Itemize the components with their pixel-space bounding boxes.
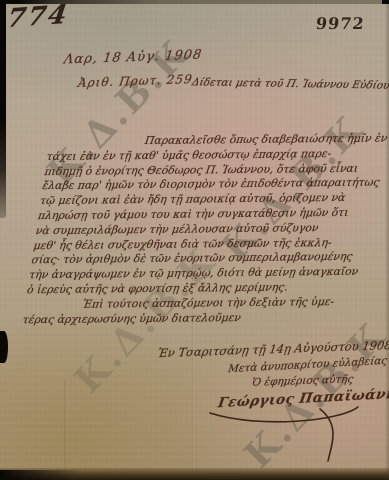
closing-salutation: Μετὰ ἀνυποκρίτου εὐλαβείας [227, 355, 388, 375]
scanned-letter-page: Κ.Δ.Β.Κ Κ.Δ.Β.Κ Κ.Δ.Β.Κ Κ.Δ.Β.Κ 774 9972… [0, 0, 389, 480]
scan-edge-bottom-left-corner [0, 470, 80, 480]
protocol-number: Ἀριθ. Πρωτ. 259 [77, 72, 194, 90]
registry-number: 9972 [315, 14, 366, 33]
letter-body: Παρακαλεῖσθε ὅπως διαβεβαιώσητε ἡμῖν ἐν … [22, 131, 388, 327]
vertical-fold-crease [192, 230, 194, 480]
scan-edge-left [0, 0, 6, 218]
signature: Γεώργιος Παπαϊωάννου [217, 385, 389, 411]
scan-edge-right [385, 0, 389, 480]
header-annotation: Δίδεται μετὰ τοῦ Π. Ἰωάννου Εὐδίου, [191, 76, 389, 91]
scan-edge-notch-left [0, 331, 8, 363]
dateline: Λαρ, 18 Αὐγ. 1908 [63, 48, 203, 68]
closing-title: Ὁ ἐφημέριος αὐτῆς [251, 373, 354, 389]
faint-crease [64, 380, 65, 480]
scan-edge-notch-top-right [382, 0, 389, 4]
scan-edge-top [0, 0, 389, 4]
archive-number: 774 [5, 0, 70, 34]
